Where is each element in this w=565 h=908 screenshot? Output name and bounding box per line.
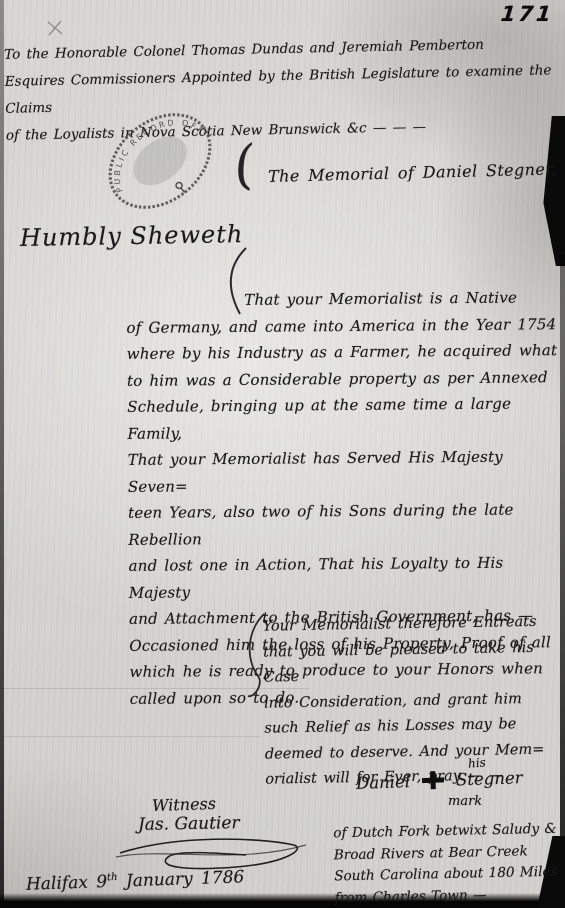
signature-first-name: Daniel <box>356 772 411 793</box>
salutation: Humbly Sheweth <box>20 220 244 252</box>
paper-fold-line <box>0 736 260 737</box>
cross-mark-icon <box>420 770 447 791</box>
residence-note: of Dutch Fork betwixt Saludy & Broad Riv… <box>333 819 563 908</box>
body-line: and lost one in Action, That his Loyalty… <box>128 549 562 606</box>
prayer-line: deemed to deserve. And your Mem= <box>265 737 565 768</box>
pencil-x-mark-icon <box>46 20 64 36</box>
body-line: That your Memorialist is a Native <box>126 284 560 314</box>
body-line: to him was a Considerable property as pe… <box>127 364 561 394</box>
document-title: The Memorial of Daniel Stegner, <box>268 159 565 186</box>
witness-label: Witness <box>152 794 217 815</box>
prayer-paragraph: Your Memorialist therefore Entreats that… <box>262 609 565 793</box>
signature-mark-label: mark <box>448 794 482 809</box>
dateline-ordinal: th <box>107 872 118 883</box>
dateline-place: Halifax <box>26 873 89 895</box>
left-edge-shadow <box>0 0 4 908</box>
address-block: To the Honorable Colonel Thomas Dundas a… <box>4 30 562 150</box>
signature-last-name: Stegner <box>456 768 523 789</box>
note-line: from Charles Town — <box>334 883 562 908</box>
document-scan: 171 To the Honorable Colonel Thomas Dund… <box>0 0 565 908</box>
prayer-line: that you will be pleased to take his Cas… <box>263 635 564 691</box>
page-number: 171 <box>500 2 555 26</box>
dateline-day: 9 <box>96 872 108 892</box>
body-line: of Germany, and came into America in the… <box>126 311 560 341</box>
body-line: where by his Industry as a Farmer, he ac… <box>127 337 561 367</box>
prayer-line: into Consideration, and grant him <box>264 686 564 717</box>
title-parenthesis: ( <box>230 139 257 193</box>
dateline: Halifax 9th January 1786 <box>26 867 245 895</box>
body-line: That your Memorialist has Served His Maj… <box>128 443 562 500</box>
body-line: teen Years, also two of his Sons during … <box>128 496 562 553</box>
body-line: Schedule, bringing up at the same time a… <box>127 390 561 447</box>
dateline-rest: January 1786 <box>126 867 245 891</box>
